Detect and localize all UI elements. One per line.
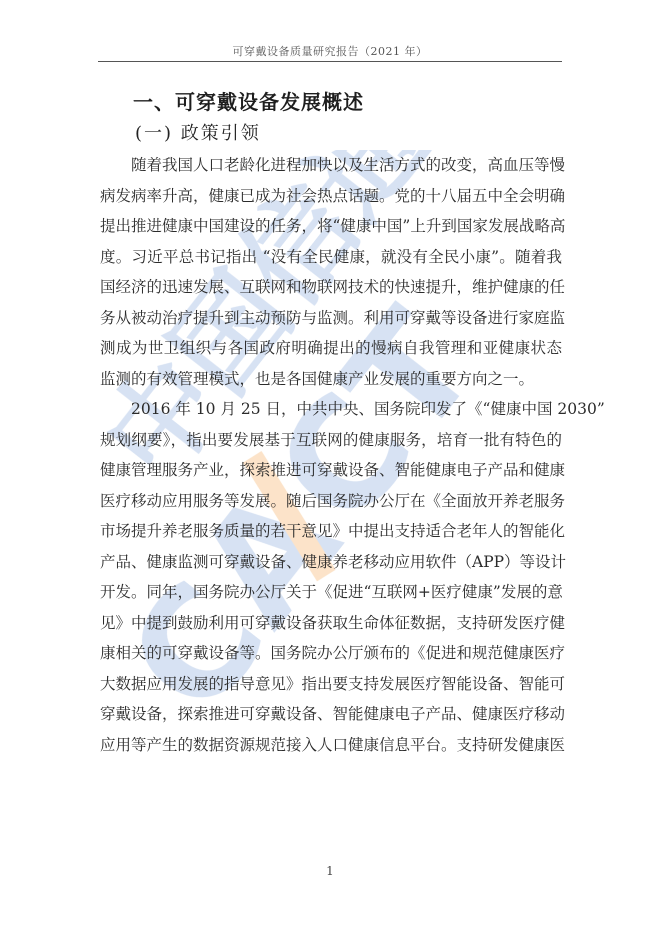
paragraph-2-line: 医疗移动应用服务等发展。随后国务院办公厅在《全面放开养老服务 — [100, 486, 562, 517]
paragraph-2-line: 大数据应用发展的指导意见》指出要支持发展医疗智能设备、智能可 — [100, 669, 562, 700]
subsection-title: (一) 政策引领 — [135, 119, 261, 145]
paragraph-1-line: 病发病率升高，健康已成为社会热点话题。党的十八届五中全会明确 — [100, 181, 562, 212]
paragraph-1-line: 测成为世卫组织与各国政府明确提出的慢病自我管理和亚健康状态 — [100, 333, 562, 364]
paragraph-2-line: 穿戴设备，探索推进可穿戴设备、智能健康电子产品、健康医疗移动 — [100, 699, 562, 730]
body-text: 随着我国人口老龄化进程加快以及生活方式的改变，高血压等慢 病发病率升高，健康已成… — [100, 150, 562, 760]
running-header: 可穿戴设备质量研究报告（2021 年） — [0, 43, 660, 59]
paragraph-2-line: 2016 年 10 月 25 日，中共中央、国务院印发了《“健康中国 2030” — [100, 394, 562, 425]
paragraph-1-line: 提出推进健康中国建设的任务，将“健康中国”上升到国家发展战略高 — [100, 211, 562, 242]
paragraph-2-line: 健康管理服务产业，探索推进可穿戴设备、智能健康电子产品和健康 — [100, 455, 562, 486]
paragraph-2-line: 见》中提到鼓励利用可穿戴设备获取生命体征数据，支持研发医疗健 — [100, 608, 562, 639]
paragraph-1-line: 随着我国人口老龄化进程加快以及生活方式的改变，高血压等慢 — [100, 150, 562, 181]
paragraph-2-line: 产品、健康监测可穿戴设备、健康养老移动应用软件（APP）等设计 — [100, 547, 562, 578]
paragraph-2-line: 康相关的可穿戴设备等。国务院办公厅颁布的《促进和规范健康医疗 — [100, 638, 562, 669]
paragraph-1-line: 度。习近平总书记指出 “没有全民健康，就没有全民小康”。随着我 — [100, 242, 562, 273]
header-divider — [98, 61, 562, 62]
paragraph-2-line: 应用等产生的数据资源规范接入人口健康信息平台。支持研发健康医 — [100, 730, 562, 761]
paragraph-2-line: 市场提升养老服务质量的若干意见》中提出支持适合老年人的智能化 — [100, 516, 562, 547]
paragraph-1-line: 监测的有效管理模式，也是各国健康产业发展的重要方向之一。 — [100, 364, 562, 395]
paragraph-2-line: 开发。同年，国务院办公厅关于《促进“互联网+医疗健康”发展的意 — [100, 577, 562, 608]
paragraph-2-line: 规划纲要》，指出要发展基于互联网的健康服务，培育一批有特色的 — [100, 425, 562, 456]
section-title: 一、可穿戴设备发展概述 — [133, 86, 364, 115]
page-number: 1 — [0, 864, 660, 878]
paragraph-1-line: 务从被动治疗提升到主动预防与监测。利用可穿戴等设备进行家庭监 — [100, 303, 562, 334]
paragraph-1-line: 国经济的迅速发展、互联网和物联网技术的快速提升，维护健康的任 — [100, 272, 562, 303]
